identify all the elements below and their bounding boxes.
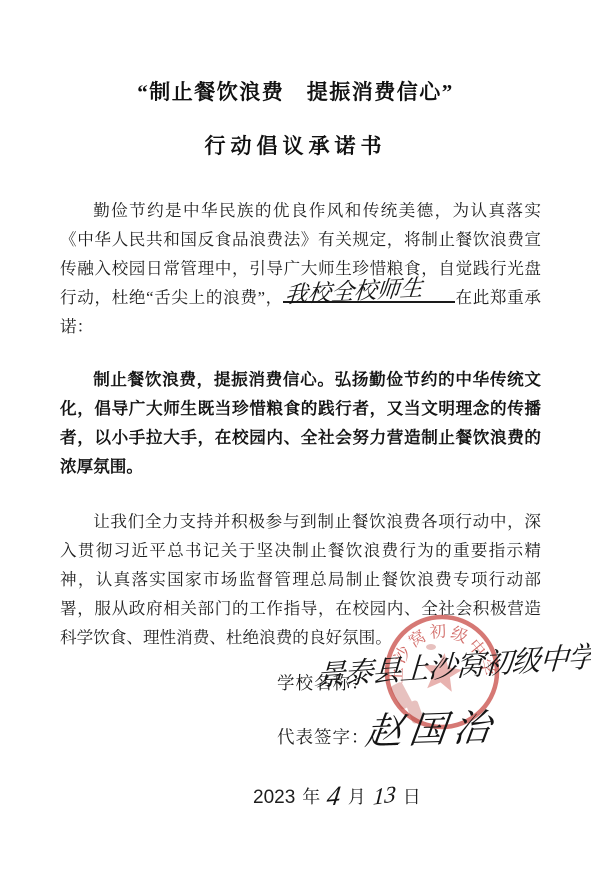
date-month-handwritten: 4	[325, 780, 343, 813]
date-day-handwritten: 13	[372, 781, 397, 811]
document-title-line1: “制止餐饮浪费 提振消费信心”	[0, 0, 591, 106]
representative-signature-handwritten: 赵国治	[363, 697, 502, 756]
date-month-char: 月	[348, 783, 366, 809]
paragraph-action: 让我们全力支持并积极参与到制止餐饮浪费各项行动中，深入贯彻习近平总书记关于坚决制…	[60, 507, 541, 652]
date-day-char: 日	[403, 783, 421, 809]
date-line: 2023 年 4 月 13 日	[253, 779, 421, 810]
document-title-line2: 行动倡议承诺书	[0, 130, 591, 160]
date-year: 2023	[253, 787, 295, 809]
date-year-char: 年	[302, 783, 320, 809]
paragraph-intro: 勤俭节约是中华民族的优良作风和传统美德，为认真落实《中华人民共和国反食品浪费法》…	[60, 196, 541, 341]
representative-signature-label: 代表签字：	[277, 724, 370, 749]
handwritten-fill-underline: 我校全校师生	[283, 283, 455, 303]
paragraph-pledge-bold: 制止餐饮浪费，提振消费信心。弘扬勤俭节约的中华传统文化，倡导广大师生既当珍惜粮食…	[60, 365, 541, 481]
pledge-document-page: “制止餐饮浪费 提振消费信心” 行动倡议承诺书 勤俭节约是中华民族的优良作风和传…	[0, 0, 591, 886]
handwritten-fill-text: 我校全校师生	[284, 273, 424, 309]
document-body: 勤俭节约是中华民族的优良作风和传统美德，为认真落实《中华人民共和国反食品浪费法》…	[60, 196, 541, 652]
